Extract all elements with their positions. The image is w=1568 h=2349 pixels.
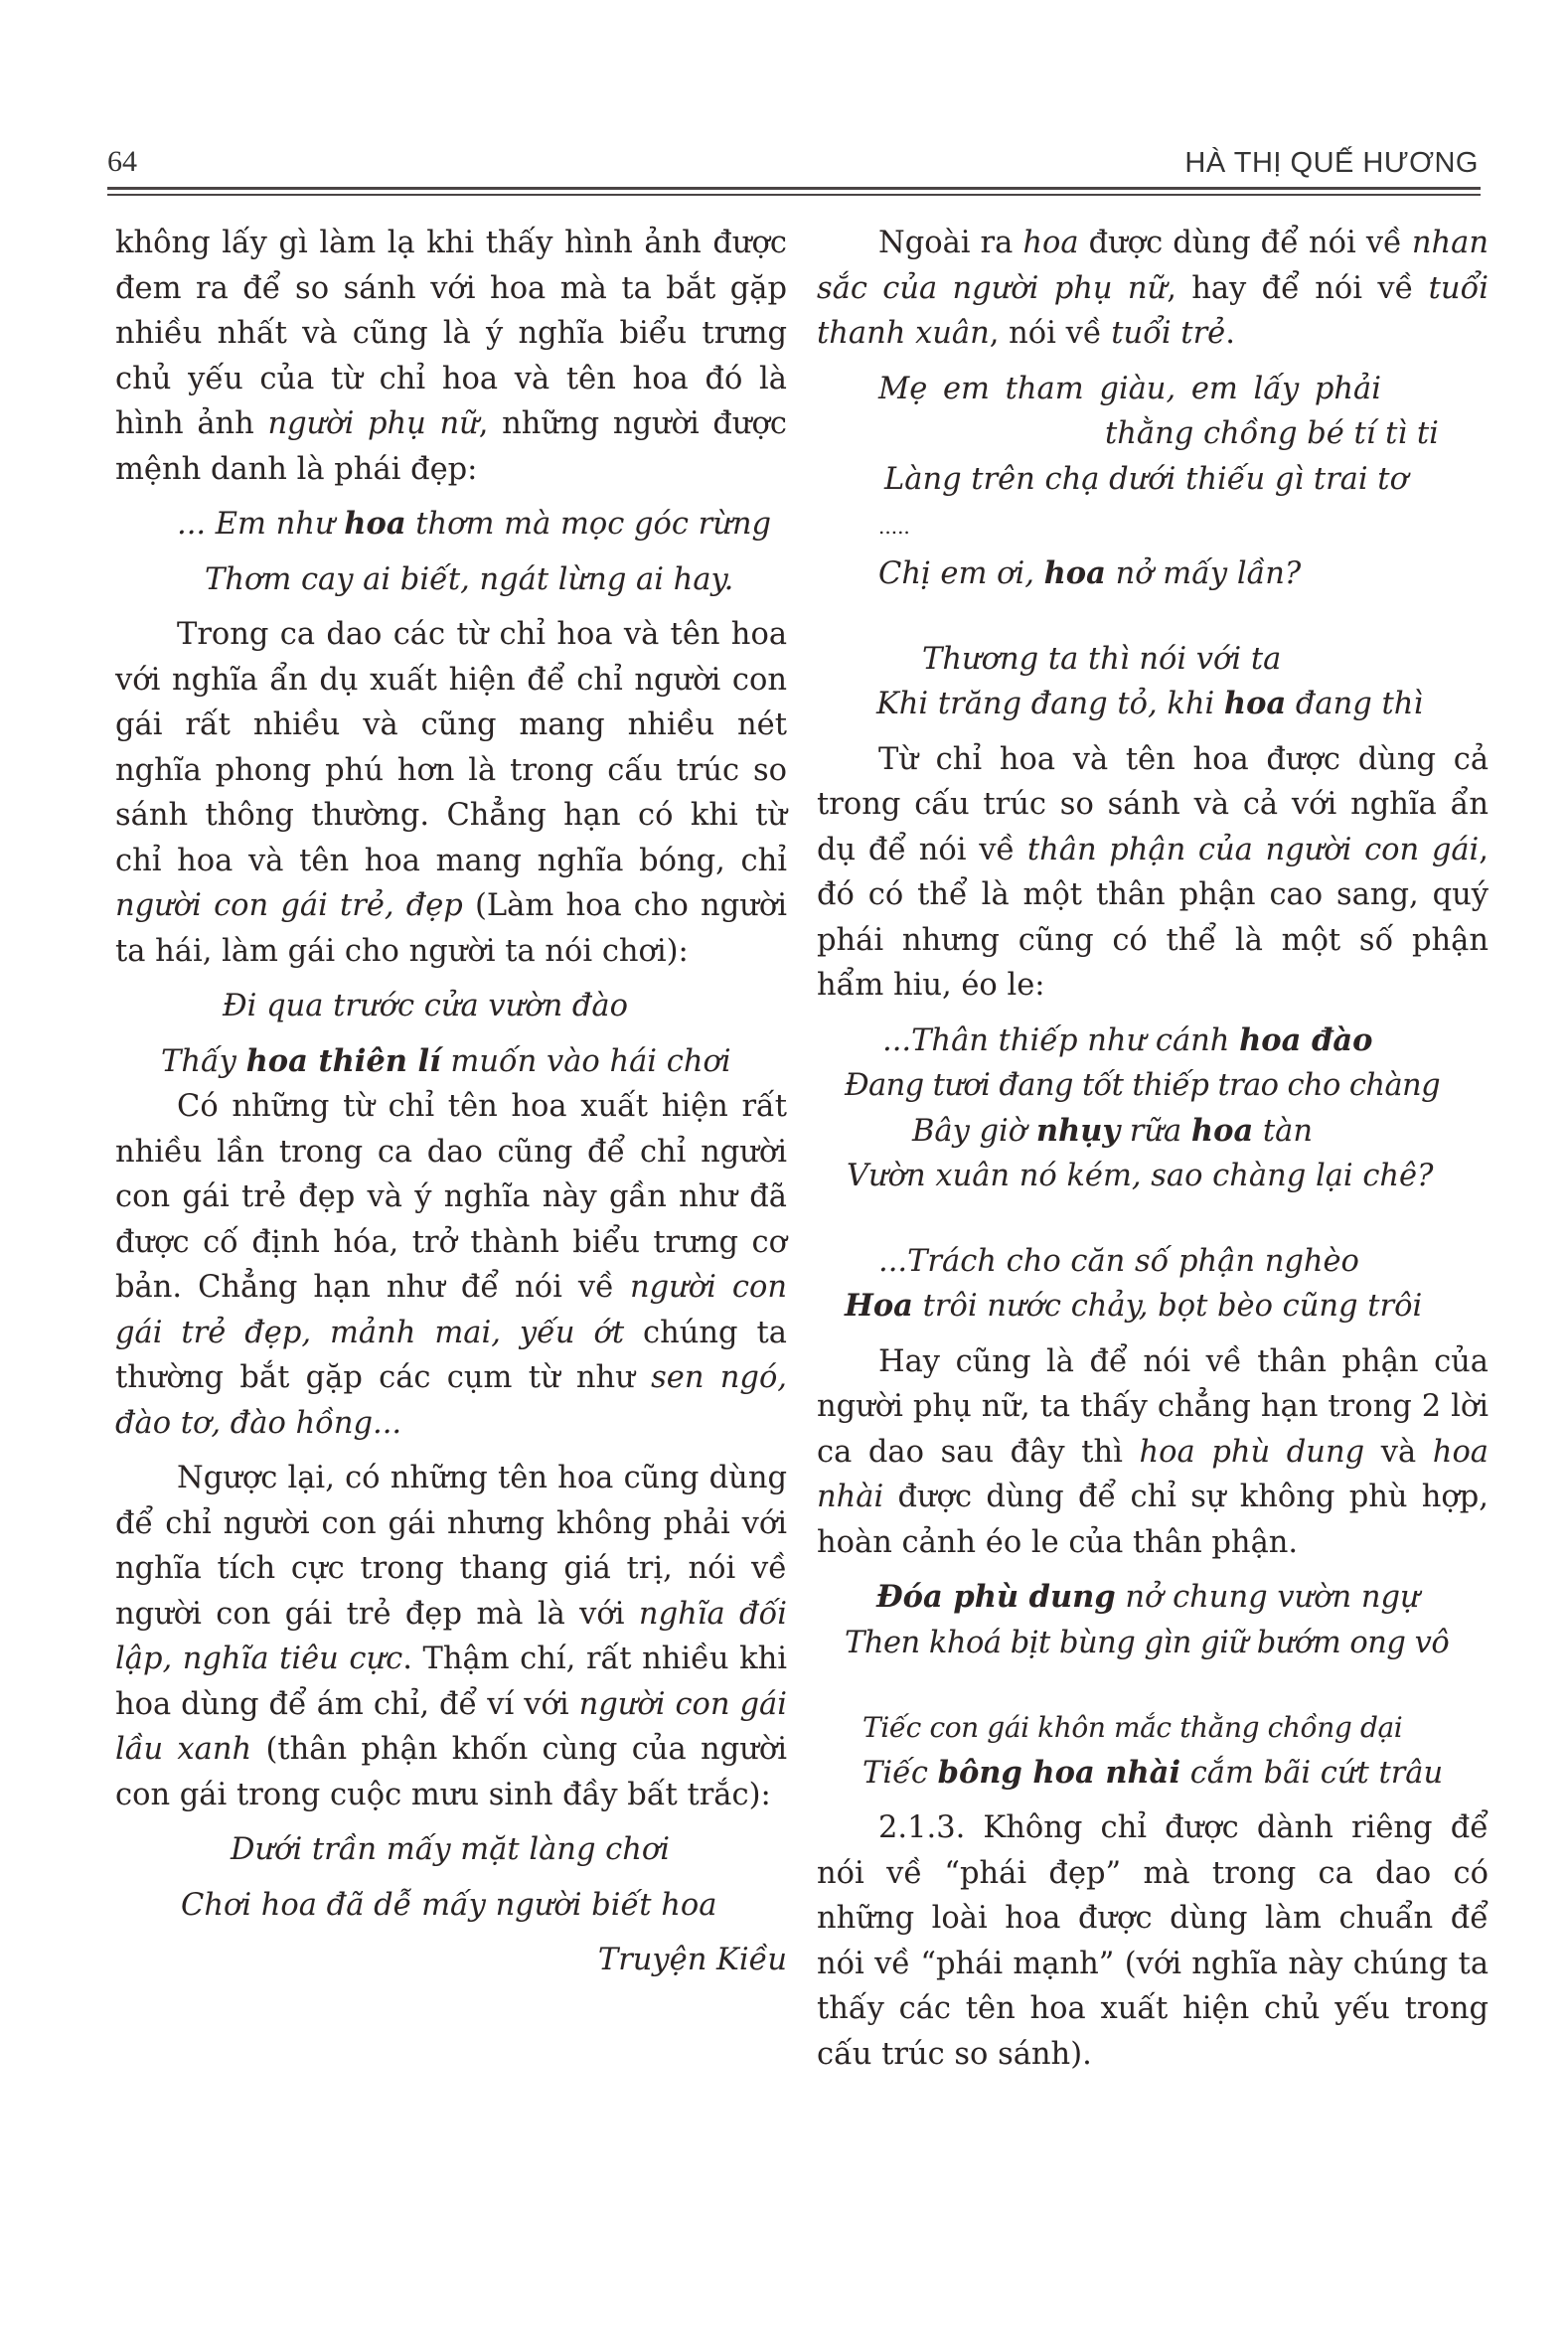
verse-line: Thơm cay ai biết, ngát lừng ai hay.	[115, 557, 787, 603]
verse-line: Bây giờ nhụy rữa hoa tàn	[817, 1109, 1489, 1155]
verse-line: Tiếc bông hoa nhài cắm bãi cứt trâu	[817, 1751, 1489, 1797]
verse-line: Đang tươi đang tốt thiếp trao cho chàng	[817, 1063, 1489, 1109]
verse-line: Hoa trôi nước chảy, bọt bèo cũng trôi	[817, 1284, 1489, 1330]
verse-line: Đóa phù dung nở chung vườn ngự	[817, 1575, 1489, 1621]
left-column: không lấy gì làm lạ khi thấy hình ảnh đư…	[115, 221, 787, 1983]
verse-line: Đi qua trước cửa vườn đào	[115, 984, 787, 1029]
header-rule-top	[107, 187, 1481, 190]
verse-line: thằng chồng bé tí tì ti	[817, 411, 1489, 457]
verse-line: Chơi hoa đã dễ mấy người biết hoa	[115, 1883, 787, 1929]
verse-line: Vườn xuân nó kém, sao chàng lại chê?	[817, 1154, 1489, 1199]
verse-line: ...Thân thiếp như cánh hoa đào	[817, 1018, 1489, 1064]
paragraph: Ngược lại, có những tên hoa cũng dùng để…	[115, 1456, 787, 1817]
verse-line: Mẹ em tham giàu, em lấy phải	[817, 367, 1489, 412]
running-title: HÀ THỊ QUẾ HƯƠNG	[1184, 147, 1479, 180]
header-rule-bottom	[107, 194, 1481, 196]
verse-line: Then khoá bịt bùng gìn giữ bướm ong vô	[817, 1621, 1489, 1666]
page-header: 64 HÀ THỊ QUẾ HƯƠNG	[107, 141, 1479, 191]
paragraph: Hay cũng là để nói về thân phận của ngườ…	[817, 1339, 1489, 1566]
paragraph: Có những từ chỉ tên hoa xuất hiện rất nh…	[115, 1084, 787, 1446]
verse-source: Truyện Kiều	[115, 1938, 787, 1983]
verse-line: Dưới trần mấy mặt làng chơi	[115, 1827, 787, 1873]
paragraph: không lấy gì làm lạ khi thấy hình ảnh đư…	[115, 221, 787, 492]
verse-line: Thương ta thì nói với ta	[817, 637, 1489, 683]
verse-line: Tiếc con gái khôn mắc thằng chồng dại	[817, 1705, 1489, 1751]
verse-line: ... Em như hoa thơm mà mọc góc rừng	[115, 502, 787, 548]
verse-line: ...Trách cho căn số phận nghèo	[817, 1239, 1489, 1285]
verse-line: Khi trăng đang tỏ, khi hoa đang thì	[817, 682, 1489, 727]
verse-line: Chị em ơi, hoa nở mấy lần?	[817, 551, 1489, 597]
verse-line: Làng trên chạ dưới thiếu gì trai tơ	[817, 457, 1489, 503]
paragraph: Từ chỉ hoa và tên hoa được dùng cả trong…	[817, 737, 1489, 1009]
verse-line: Thấy hoa thiên lí muốn vào hái chơi	[115, 1039, 787, 1085]
paragraph: Ngoài ra hoa được dùng để nói về nhan sắ…	[817, 221, 1489, 357]
paragraph: Trong ca dao các từ chỉ hoa và tên hoa v…	[115, 612, 787, 974]
paragraph-section-2-1-3: 2.1.3. Không chỉ được dành riêng để nói …	[817, 1805, 1489, 2077]
page-number: 64	[107, 145, 137, 179]
verse-ellipsis: .....	[817, 502, 1489, 551]
right-column: Ngoài ra hoa được dùng để nói về nhan sắ…	[817, 221, 1489, 2077]
